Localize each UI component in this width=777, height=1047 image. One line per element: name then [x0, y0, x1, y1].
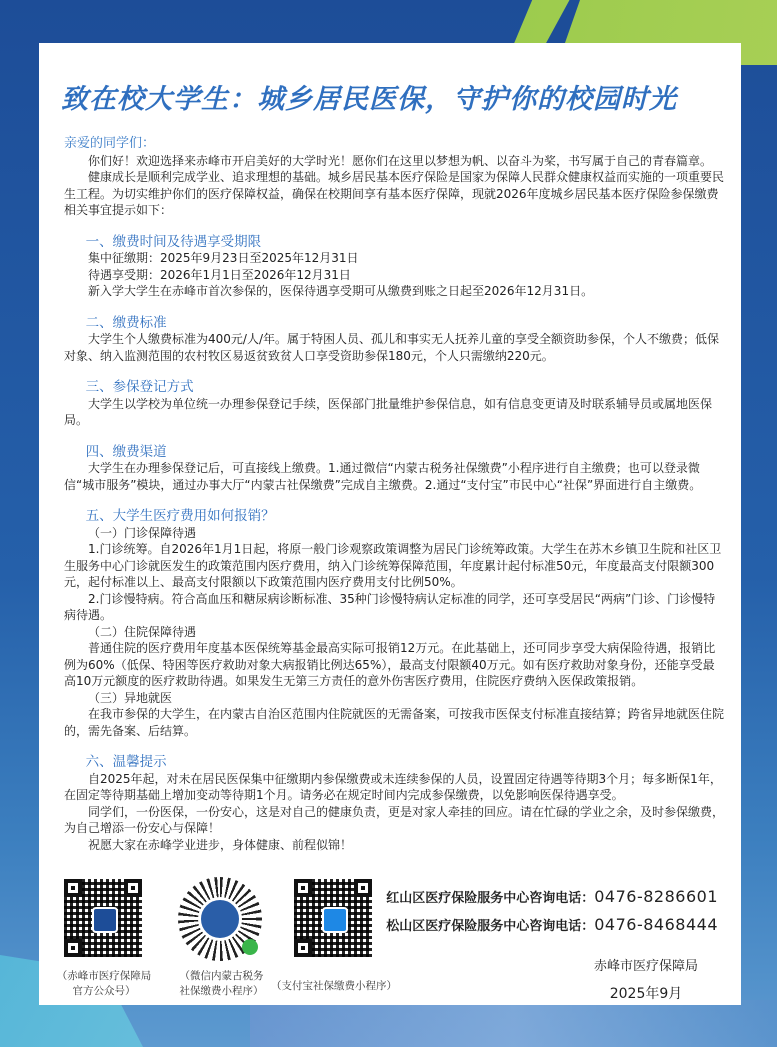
wechat-miniprogram-code-icon[interactable] [178, 877, 262, 961]
alipay-qr[interactable] [294, 879, 372, 957]
section-paragraph: 普通住院的医疗费用年度基本医保统筹基金最高实际可报销12万元。在此基础上，还可同… [64, 640, 724, 690]
issue-date: 2025年9月 [581, 983, 711, 1003]
subsection-heading: （二）住院保障待遇 [64, 624, 724, 641]
tax-emblem-icon [198, 897, 242, 941]
section-paragraph: 大学生以学校为单位统一办理参保登记手续，医保部门批量维护参保信息，如有信息变更请… [64, 396, 724, 429]
new-student-note: 新入学大学生在赤峰市首次参保的，医保待遇享受期可从缴费到账之日起至2026年12… [64, 283, 724, 300]
notice-card: 致在校大学生：城乡居民医保，守护你的校园时光 亲爱的同学们： 你们好！欢迎选择来… [39, 43, 741, 1005]
phone-number[interactable]: 0476-8286601 [594, 887, 718, 906]
qr-caption: （支付宝社保缴费小程序） [264, 979, 404, 994]
page-title: 致在校大学生：城乡居民医保，守护你的校园时光 [61, 77, 721, 116]
salutation: 亲爱的同学们： [64, 136, 724, 153]
closing-wish: 祝愿大家在赤峰学业进步，身体健康、前程似锦！ [64, 837, 724, 854]
section-paragraph: 在我市参保的大学生，在内蒙古自治区范围内住院就医的无需备案，可按我市医保支付标准… [64, 706, 724, 739]
section-paragraph: 自2025年起，对未在居民医保集中征缴期内参保缴费或未连续参保的人员，设置固定待… [64, 771, 724, 804]
benefit-period: 待遇享受期：2026年1月1日至2026年12月31日 [64, 267, 724, 284]
section-heading: 四、缴费渠道 [64, 444, 724, 461]
official-account-qr[interactable] [64, 879, 142, 957]
section-heading: 五、大学生医疗费用如何报销？ [64, 508, 724, 525]
qr-caption: （微信内蒙古税务 社保缴费小程序） [169, 969, 274, 999]
collection-period: 集中征缴期：2025年9月23日至2025年12月31日 [64, 250, 724, 267]
section-paragraph: 1.门诊统筹。自2026年1月1日起，将原一般门诊观察政策调整为居民门诊统筹政策… [64, 541, 724, 591]
notice-body: 亲爱的同学们： 你们好！欢迎选择来赤峰市开启美好的大学时光！愿你们在这里以梦想为… [64, 136, 724, 853]
alipay-logo-icon [322, 907, 348, 933]
intro-paragraph: 你们好！欢迎选择来赤峰市开启美好的大学时光！愿你们在这里以梦想为帆、以奋斗为桨，… [64, 153, 724, 170]
subsection-heading: （一）门诊保障待遇 [64, 525, 724, 542]
section-heading: 一、缴费时间及待遇享受期限 [64, 234, 724, 251]
section-heading: 三、参保登记方式 [64, 379, 724, 396]
issuer-org: 赤峰市医疗保障局 [581, 955, 711, 974]
phone-number[interactable]: 0476-8468444 [594, 915, 718, 934]
miniprogram-badge-icon [242, 939, 258, 955]
songshan-contact: 松山区医疗保险服务中心咨询电话：0476-8468444 [386, 915, 718, 934]
qr-caption: （赤峰市医疗保障局 官方公众号） [54, 969, 154, 999]
decorative-light-band [250, 1000, 777, 1047]
section-paragraph: 大学生个人缴费标准为400元/人/年。属于特困人员、孤儿和事实无人抚养儿童的享受… [64, 331, 724, 364]
medical-bureau-logo-icon [92, 907, 118, 933]
subsection-heading: （三）异地就医 [64, 690, 724, 707]
section-heading: 六、温馨提示 [64, 754, 724, 771]
qr-code-section: （赤峰市医疗保障局 官方公众号） （微信内蒙古税务 社保缴费小程序） （支付宝社… [54, 873, 734, 1003]
intro-paragraph: 健康成长是顺利完成学业、追求理想的基础。城乡居民基本医疗保险是国家为保障人民群众… [64, 169, 724, 219]
qr-code-icon [64, 879, 142, 957]
section-paragraph: 大学生在办理参保登记后，可直接线上缴费。1.通过微信“内蒙古税务社保缴费”小程序… [64, 460, 724, 493]
section-paragraph: 2.门诊慢特病。符合高血压和糖尿病诊断标准、35种门诊慢特病认定标准的同学，还可… [64, 591, 724, 624]
alipay-qr-code-icon [294, 879, 372, 957]
hongshan-contact: 红山区医疗保险服务中心咨询电话：0476-8286601 [386, 887, 718, 906]
section-heading: 二、缴费标准 [64, 315, 724, 332]
section-paragraph: 同学们，一份医保，一份安心，这是对自己的健康负责，更是对家人牵挂的回应。请在忙碌… [64, 804, 724, 837]
